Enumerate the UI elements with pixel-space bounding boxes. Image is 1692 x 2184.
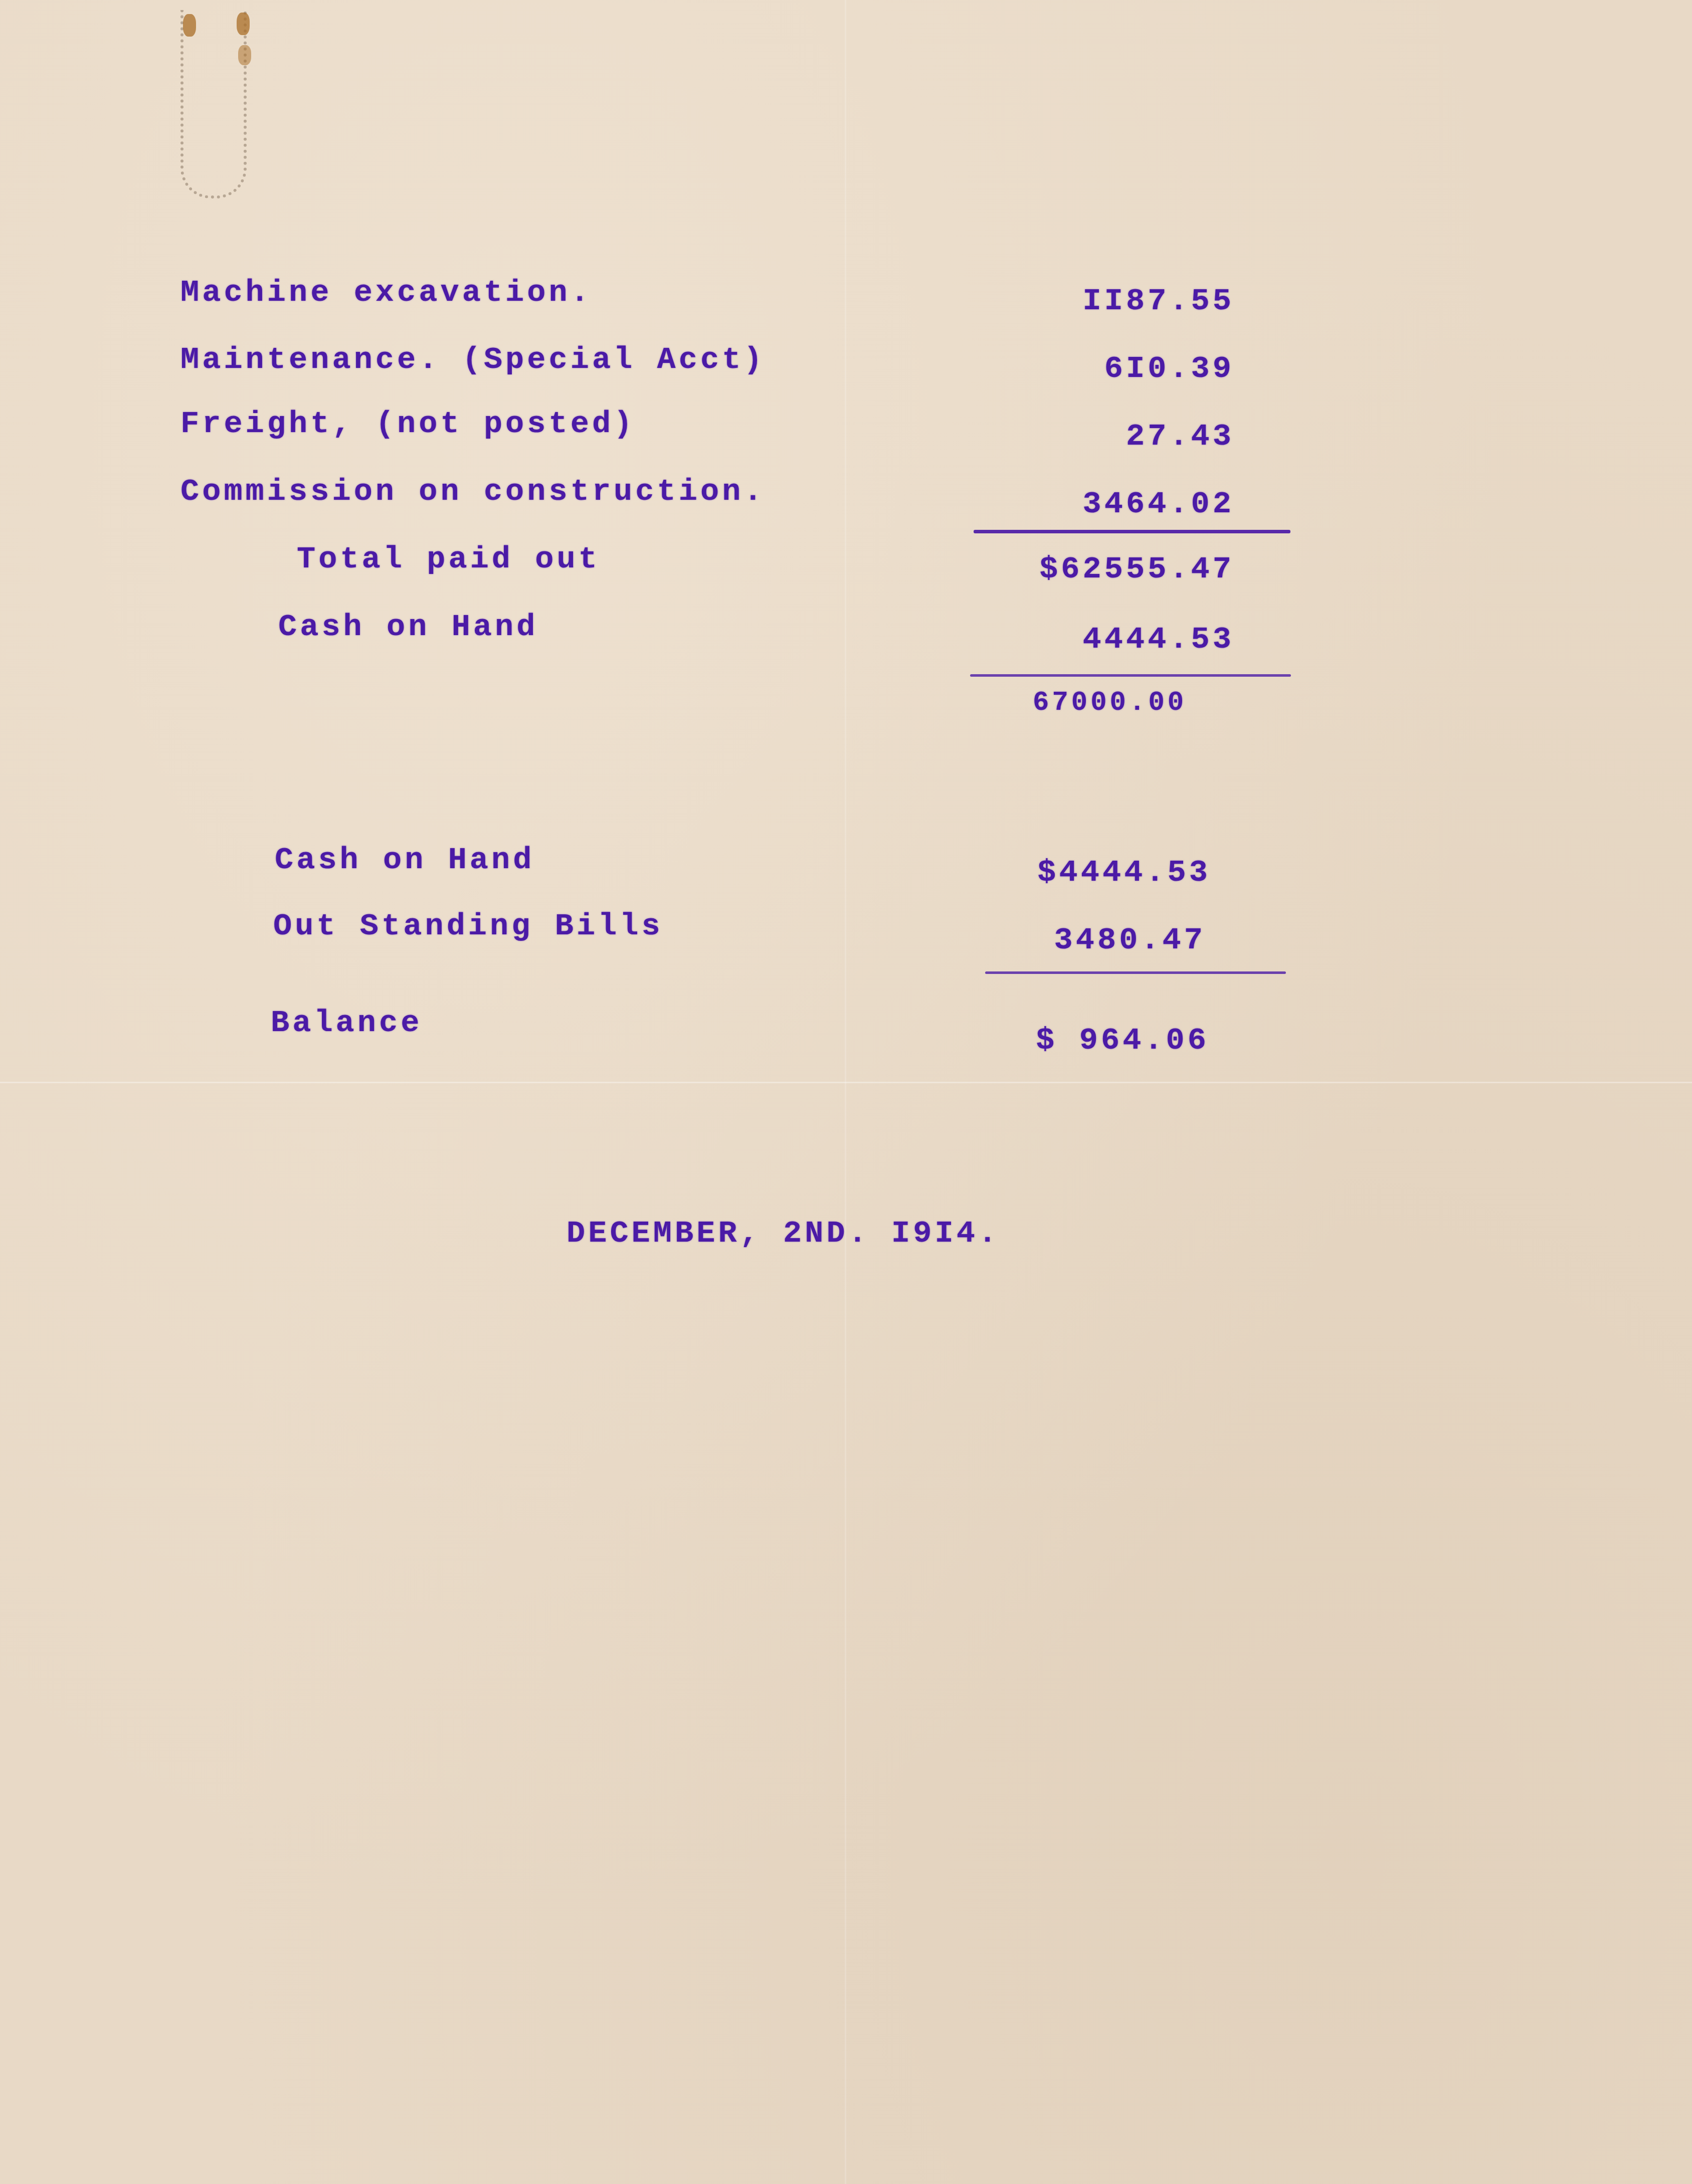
outstanding-bills-amount: 3480.47 bbox=[855, 922, 1206, 958]
grand-total-amount: 67000.00 bbox=[1033, 688, 1187, 718]
expense-label-freight: Freight, (not posted) bbox=[180, 406, 635, 442]
cash-on-hand-2-label: Cash on Hand bbox=[275, 842, 534, 878]
paperclip-stain-mark bbox=[180, 10, 247, 198]
total-paid-out-amount: $62555.47 bbox=[883, 551, 1234, 587]
balance-amount: $ 964.06 bbox=[858, 1023, 1209, 1058]
balance-label: Balance bbox=[271, 1005, 422, 1041]
expense-amount-commission: 3464.02 bbox=[883, 486, 1234, 522]
cash-on-hand-2-amount: $4444.53 bbox=[860, 855, 1211, 890]
expense-amount-maintenance: 6I0.39 bbox=[883, 351, 1234, 386]
total-rule bbox=[970, 674, 1291, 677]
rust-stain-right-lower bbox=[238, 45, 251, 65]
expense-label-machine-excavation: Machine excavation. bbox=[180, 275, 592, 310]
expense-label-maintenance: Maintenance. (Special Acct) bbox=[180, 342, 766, 377]
cash-on-hand-label: Cash on Hand bbox=[278, 609, 538, 645]
total-paid-out-label: Total paid out bbox=[297, 541, 600, 577]
rust-stain-left bbox=[183, 14, 196, 37]
expense-amount-freight: 27.43 bbox=[883, 419, 1234, 454]
expense-label-commission: Commission on construction. bbox=[180, 474, 766, 509]
expense-amount-machine-excavation: II87.55 bbox=[883, 283, 1234, 319]
document-date: DECEMBER, 2ND. I9I4. bbox=[567, 1216, 1000, 1251]
rust-stain-right bbox=[237, 13, 250, 35]
balance-rule bbox=[985, 971, 1286, 974]
vertical-fold-crease bbox=[845, 0, 846, 2184]
subtotal-rule bbox=[974, 530, 1290, 533]
outstanding-bills-label: Out Standing Bills bbox=[273, 908, 663, 944]
cash-on-hand-amount: 4444.53 bbox=[883, 622, 1234, 657]
